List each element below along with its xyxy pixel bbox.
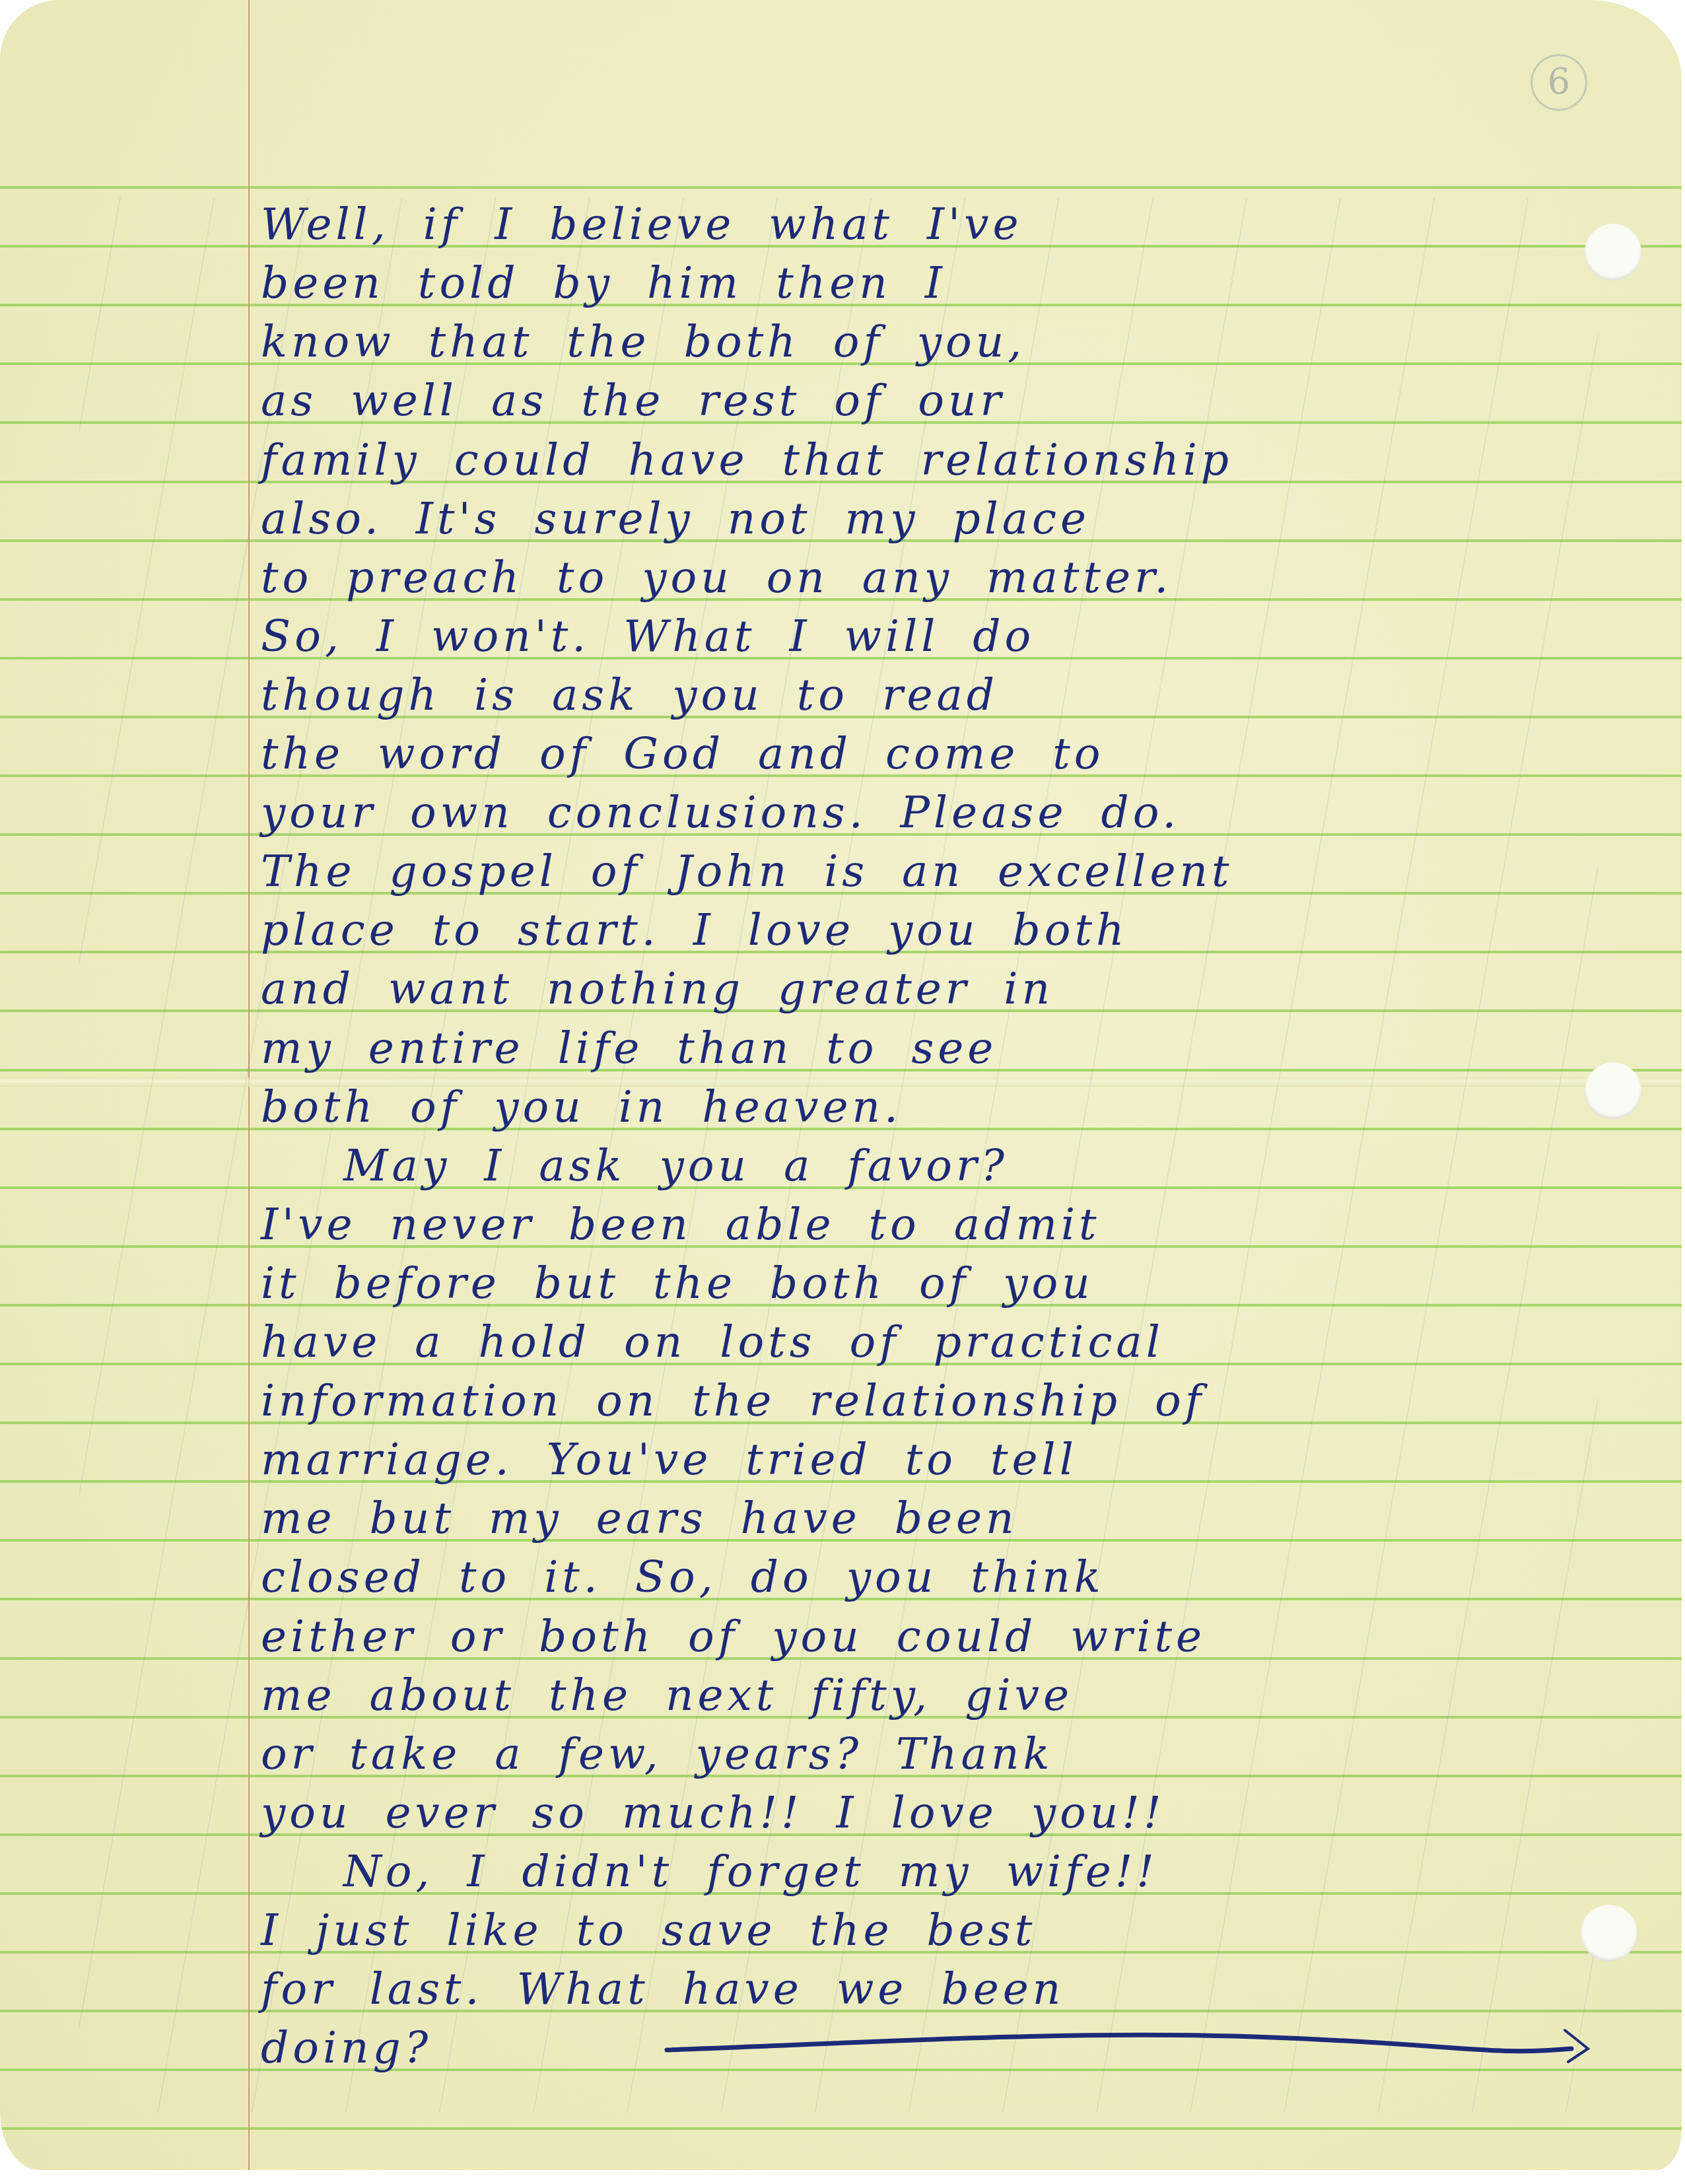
handwritten-line: my entire life than to see bbox=[261, 1027, 997, 1085]
handwritten-line: No, I didn't forget my wife!! bbox=[343, 1850, 1158, 1909]
ruled-line bbox=[0, 2068, 1682, 2071]
handwritten-line: doing? bbox=[261, 2026, 432, 2085]
binder-hole-bottom bbox=[1581, 1905, 1637, 1962]
handwritten-line: me about the next fifty, give bbox=[261, 1674, 1073, 1732]
page-number-mark: 6 bbox=[1530, 54, 1587, 111]
handwritten-line: you ever so much!! I love you!! bbox=[261, 1791, 1165, 1850]
handwritten-line: I've never been able to admit bbox=[261, 1203, 1101, 1262]
handwritten-line: marriage. You've tried to tell bbox=[261, 1438, 1078, 1497]
handwritten-line: and want nothing greater in bbox=[261, 967, 1054, 1026]
handwritten-line: for last. What have we been bbox=[261, 1967, 1064, 2026]
handwritten-line: information on the relationship of bbox=[261, 1379, 1205, 1438]
binder-hole-top bbox=[1585, 224, 1641, 281]
handwritten-line: your own conclusions. Please do. bbox=[261, 791, 1180, 850]
handwritten-line: as well as the rest of our bbox=[261, 379, 1005, 438]
handwritten-line: The gospel of John is an excellent bbox=[261, 850, 1233, 908]
handwritten-line: been told by him then I bbox=[261, 261, 946, 320]
handwritten-line: both of you in heaven. bbox=[261, 1085, 902, 1144]
binder-hole-middle bbox=[1585, 1062, 1641, 1119]
ruled-line bbox=[0, 2127, 1682, 2130]
handwritten-line: or take a few, years? Thank bbox=[261, 1732, 1053, 1791]
handwritten-line: either or both of you could write bbox=[261, 1615, 1206, 1674]
handwritten-line: place to start. I love you both bbox=[261, 908, 1128, 967]
handwritten-line: it before but the both of you bbox=[261, 1262, 1094, 1320]
handwritten-line: to preach to you on any matter. bbox=[261, 556, 1172, 615]
handwritten-line: have a hold on lots of practical bbox=[261, 1320, 1164, 1379]
handwritten-line: Well, if I believe what I've bbox=[261, 203, 1023, 261]
handwritten-line: though is ask you to read bbox=[261, 673, 998, 732]
handwritten-line: So, I won't. What I will do bbox=[261, 615, 1035, 673]
right-arrow-icon bbox=[660, 2024, 1598, 2063]
handwritten-line: also. It's surely not my place bbox=[261, 497, 1090, 556]
handwritten-line: closed to it. So, do you think bbox=[261, 1555, 1105, 1614]
notebook-paper: 6 Well, if I believe what I'vebeen told … bbox=[0, 0, 1682, 2170]
handwritten-line: know that the both of you, bbox=[261, 320, 1025, 379]
handwritten-line: I just like to save the best bbox=[261, 1909, 1036, 1967]
ruled-line bbox=[0, 186, 1682, 189]
handwritten-line: the word of God and come to bbox=[261, 732, 1105, 791]
handwritten-line: family could have that relationship bbox=[261, 438, 1233, 497]
handwritten-line: me but my ears have been bbox=[261, 1497, 1018, 1555]
handwritten-line: May I ask you a favor? bbox=[343, 1144, 1008, 1203]
